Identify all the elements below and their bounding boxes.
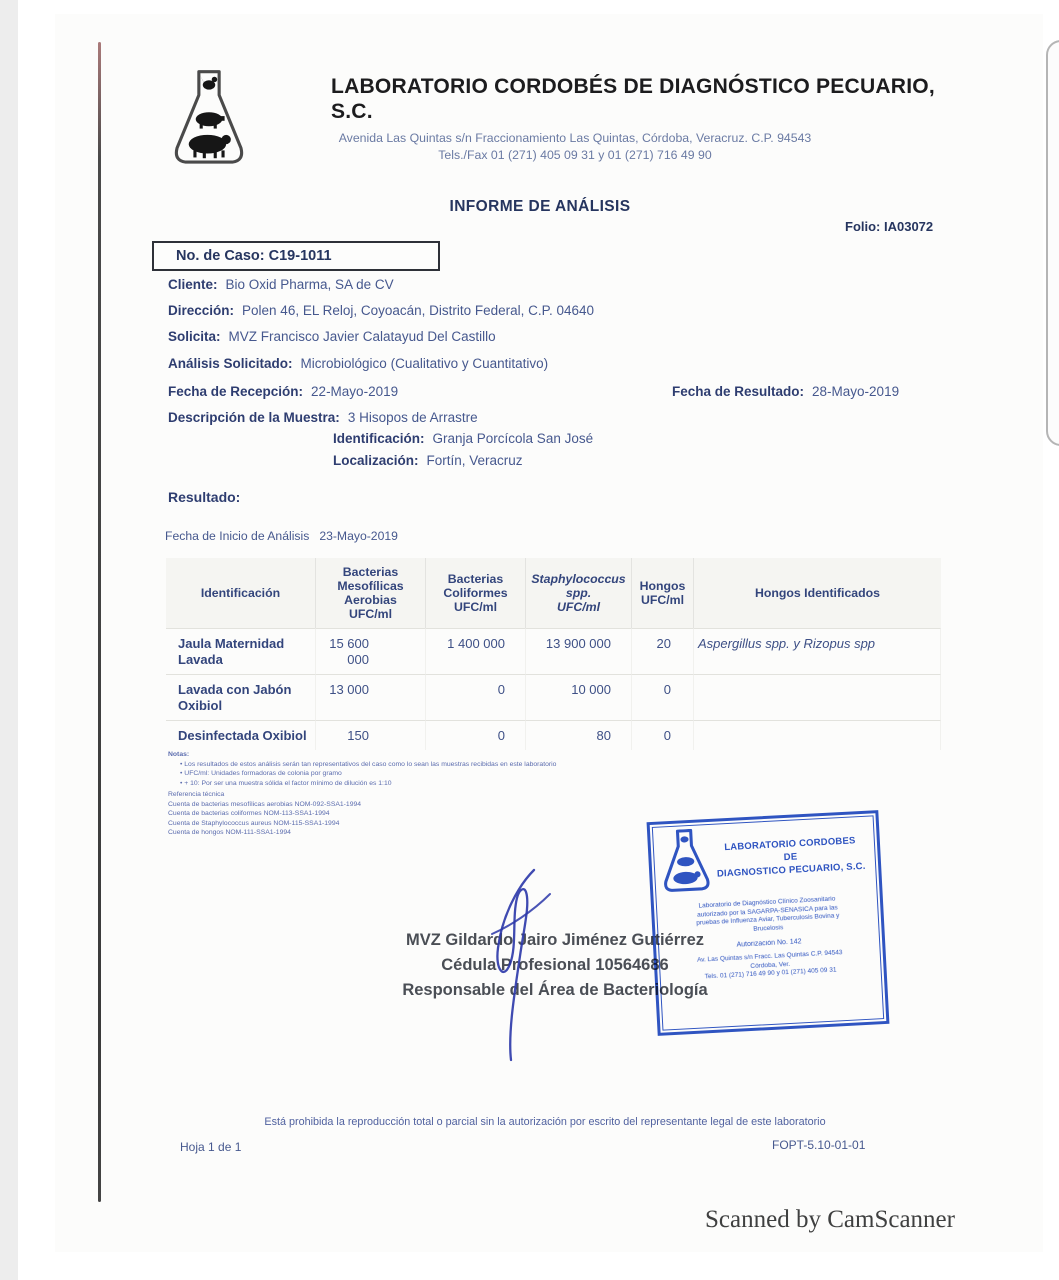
table-cell: 13 900 000 <box>526 628 632 674</box>
field-value: 28-Mayo-2019 <box>812 384 899 399</box>
case-number-box: No. de Caso: C19-1011 <box>152 241 440 271</box>
field-label: Cliente: <box>168 277 218 292</box>
stamp-title-line3: DIAGNOSTICO PECUARIO, S.C. <box>712 859 870 880</box>
notes-title: Notas: <box>168 750 808 760</box>
stamp-address: Av. Las Quintas s/n Fracc. Las Quintas C… <box>665 947 876 983</box>
table-cell: Lavada con Jabón Oxibiol <box>166 674 316 720</box>
field-fecha-resultado: Fecha de Resultado:28-Mayo-2019 <box>672 383 899 401</box>
stamp-body-text: Laboratorio de Diagnóstico Clínico Zoosa… <box>662 894 873 939</box>
stamp-title-line2: DE <box>711 846 869 867</box>
table-cell: Jaula Maternidad Lavada <box>166 628 316 674</box>
analysis-start-label: Fecha de Inicio de Análisis <box>165 529 309 543</box>
folio-number: Folio: IA03072 <box>845 219 933 234</box>
lab-address: Avenida Las Quintas s/n Fraccionamiento … <box>275 130 875 164</box>
scrollbar-thumb[interactable] <box>1046 40 1059 446</box>
field-value: Polen 46, EL Reloj, Coyoacán, Distrito F… <box>242 303 594 318</box>
table-cell: 20 <box>632 628 694 674</box>
field-value: Fortín, Veracruz <box>427 453 523 468</box>
field-solicita: Solicita:MVZ Francisco Javier Calatayud … <box>168 328 950 346</box>
lab-address-line1: Avenida Las Quintas s/n Fraccionamiento … <box>275 130 875 147</box>
case-info-fields: Cliente:Bio Oxid Pharma, SA de CV Direcc… <box>168 276 950 474</box>
reference-title: Referencia técnica <box>168 790 808 800</box>
analysis-start-date: Fecha de Inicio de Análisis23-Mayo-2019 <box>165 529 398 543</box>
table-cell: 13 000 <box>316 674 426 720</box>
table-cell: Aspergillus spp. y Rizopus spp <box>694 628 941 674</box>
field-value: Granja Porcícola San José <box>433 431 594 446</box>
table-cell: 15 600 000 <box>316 628 426 674</box>
table-header-cell: Identificación <box>166 558 316 628</box>
table-header-cell: Staphylococcus spp. UFC/ml <box>526 558 632 628</box>
field-label: Dirección: <box>168 303 234 318</box>
field-label: Solicita: <box>168 329 221 344</box>
report-title: INFORME DE ANÁLISIS <box>240 198 840 216</box>
reproduction-notice: Está prohibida la reproducción total o p… <box>150 1116 940 1128</box>
results-section-title: Resultado: <box>168 489 240 505</box>
table-header-cell: Bacterias Mesofílicas Aerobias UFC/ml <box>316 558 426 628</box>
field-label: Análisis Solicitado: <box>168 356 293 371</box>
reference-line: Cuenta de bacterias mesofílicas aerobias… <box>168 800 808 810</box>
field-localizacion: Localización:Fortín, Veracruz <box>333 452 950 470</box>
case-number: No. de Caso: C19-1011 <box>176 248 332 264</box>
stamp-flask-logo-icon <box>658 828 713 897</box>
field-fechas: Fecha de Recepción:22-Mayo-2019 Fecha de… <box>168 383 950 401</box>
stamp-title: LABORATORIO CORDOBES DE DIAGNOSTICO PECU… <box>711 833 871 880</box>
field-value: Bio Oxid Pharma, SA de CV <box>226 277 394 292</box>
table-cell: 0 <box>632 674 694 720</box>
field-value: Microbiológico (Cualitativo y Cuantitati… <box>301 356 549 371</box>
table-header-cell: Bacterias Coliformes UFC/ml <box>426 558 526 628</box>
table-cell <box>694 674 941 720</box>
camscanner-watermark: Scanned by CamScanner <box>620 1206 1040 1234</box>
field-identificacion: Identificación:Granja Porcícola San José <box>333 430 950 448</box>
results-table: Identificación Bacterias Mesofílicas Aer… <box>166 558 941 750</box>
field-descripcion-muestra: Descripción de la Muestra:3 Hisopos de A… <box>168 409 950 427</box>
lab-rubber-stamp: LABORATORIO CORDOBES DE DIAGNOSTICO PECU… <box>647 810 890 1036</box>
field-label: Fecha de Resultado: <box>672 384 804 399</box>
lab-address-line2: Tels./Fax 01 (271) 405 09 31 y 01 (271) … <box>275 147 875 164</box>
lab-name: LABORATORIO CORDOBÉS DE DIAGNÓSTICO PECU… <box>331 74 939 124</box>
lab-flask-logo-icon <box>170 66 248 174</box>
page-number: Hoja 1 de 1 <box>180 1140 241 1154</box>
field-direccion: Dirección:Polen 46, EL Reloj, Coyoacán, … <box>168 302 950 320</box>
table-cell: 0 <box>632 720 694 750</box>
table-cell: 80 <box>526 720 632 750</box>
table-header-cell: Hongos UFC/ml <box>632 558 694 628</box>
table-cell: 0 <box>426 674 526 720</box>
field-analisis-solicitado: Análisis Solicitado:Microbiológico (Cual… <box>168 355 950 373</box>
scan-edge-strip <box>0 0 18 1280</box>
field-label: Fecha de Recepción: <box>168 384 303 399</box>
note-item: UFC/ml: Unidades formadoras de colonia p… <box>180 769 808 779</box>
field-cliente: Cliente:Bio Oxid Pharma, SA de CV <box>168 276 950 294</box>
note-item: Los resultados de estos análisis serán t… <box>180 760 808 770</box>
table-cell: 150 <box>316 720 426 750</box>
table-cell: 1 400 000 <box>426 628 526 674</box>
field-value: MVZ Francisco Javier Calatayud Del Casti… <box>229 329 496 344</box>
stamp-header: LABORATORIO CORDOBES DE DIAGNOSTICO PECU… <box>658 820 871 897</box>
table-cell: 10 000 <box>526 674 632 720</box>
handwritten-signature <box>448 864 588 1064</box>
table-cell: 0 <box>426 720 526 750</box>
field-value: 3 Hisopos de Arrastre <box>348 410 478 425</box>
scan-artifact-line <box>98 42 101 1202</box>
reference-line: Cuenta de bacterias coliformes NOM-113-S… <box>168 809 808 819</box>
note-item: + 10: Por ser una muestra sólida el fact… <box>180 779 808 789</box>
field-value: 22-Mayo-2019 <box>311 384 398 399</box>
field-label: Identificación: <box>333 431 425 446</box>
table-header-cell: Hongos Identificados <box>694 558 941 628</box>
field-label: Descripción de la Muestra: <box>168 410 340 425</box>
field-label: Localización: <box>333 453 419 468</box>
table-cell <box>694 720 941 750</box>
notes-list: Los resultados de estos análisis serán t… <box>168 760 808 789</box>
analysis-start-value: 23-Mayo-2019 <box>319 529 398 543</box>
form-code: FOPT-5.10-01-01 <box>772 1138 865 1152</box>
stamp-title-line1: LABORATORIO CORDOBES <box>711 833 869 854</box>
table-cell: Desinfectada Oxibiol <box>166 720 316 750</box>
